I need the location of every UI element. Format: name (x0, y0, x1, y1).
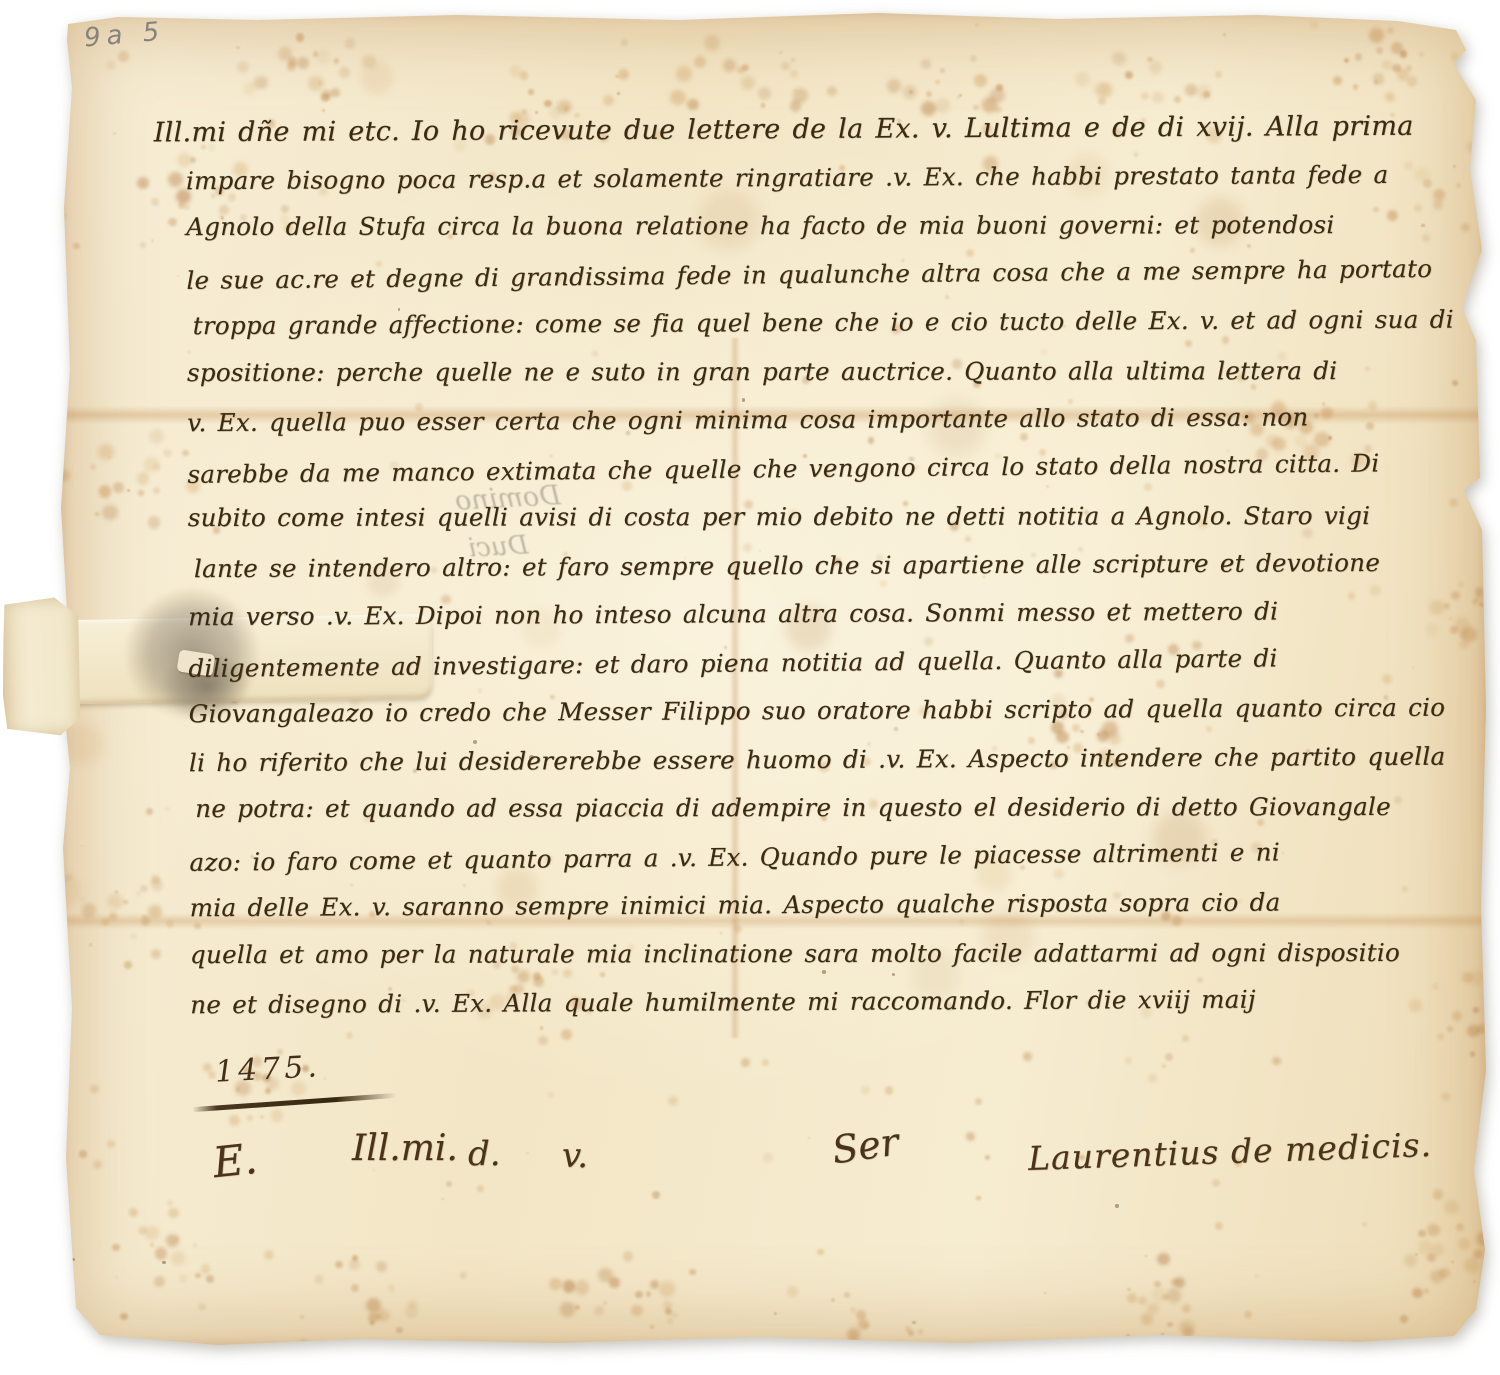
letter-line: impare bisogno poca resp.a et solamente … (148, 159, 1448, 214)
address-abbrev: Ill.mi. (352, 1128, 458, 1169)
letter-line: spositione: perche quelle ne e suto in g… (149, 355, 1449, 406)
year-date: 1475. (214, 1049, 322, 1089)
letter-line: li ho riferito che lui desidererebbe ess… (151, 741, 1451, 796)
letter-line: ne et disegno di .v. Ex. Alla quale humi… (152, 984, 1452, 1039)
letter-line: mia verso .v. Ex. Dipoi non ho inteso al… (150, 596, 1450, 651)
address-abbrev-d: d. (468, 1134, 501, 1174)
letter-line: Ill.mi dñe mi etc. Io ho ricevute due le… (148, 111, 1448, 166)
letter-line: subito come intesi quelli avisi di costa… (150, 501, 1450, 552)
letter-line: sarebbe da me manco extimata che quelle … (149, 447, 1449, 508)
valediction-initial: E. (211, 1134, 260, 1187)
letter-line: ne potra: et quando ad essa piaccia di a… (157, 792, 1451, 843)
address-abbrev-v: v. (562, 1136, 588, 1176)
closing-row: E. Ill.mi. d. v. Ser Laurentius de medic… (0, 1128, 1500, 1208)
scanned-letter-page: 9a 5 Domino Duci Ill.mi dñe mi etc. Io h… (0, 0, 1500, 1375)
letter-line: lante se intendero altro: et faro sempre… (156, 547, 1450, 602)
letter-line: v. Ex. quella puo esser certa che ogni m… (149, 402, 1449, 457)
letter-line: troppa grande affectione: come se fia qu… (155, 305, 1449, 360)
letter-body: Ill.mi dñe mi etc. Io ho ricevute due le… (148, 111, 1453, 1039)
seal-tab (0, 597, 82, 738)
letter-line: Giovangaleazo io credo che Messer Filipp… (151, 693, 1451, 748)
letter-line: Agnolo della Stufa circa la buona relati… (148, 210, 1448, 261)
letter-line: quella et amo per la naturale mia inclin… (152, 937, 1452, 988)
signature: Laurentius de medicis. (1027, 1125, 1432, 1178)
servitor-abbrev: Ser (829, 1120, 901, 1173)
letter-line: mia delle Ex. v. saranno sempre inimici … (152, 887, 1452, 942)
